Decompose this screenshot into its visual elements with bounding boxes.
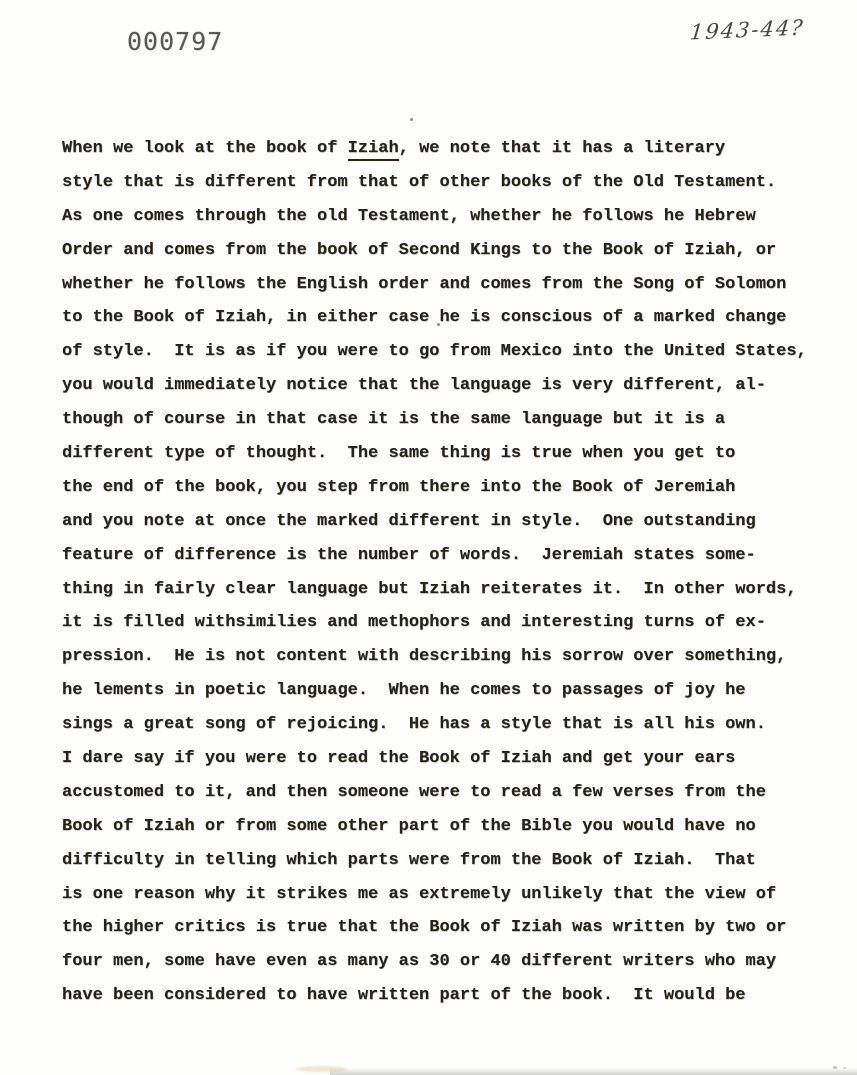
text-line: Order and comes from the book of Second … xyxy=(62,234,842,268)
text-line: Book of Iziah or from some other part of… xyxy=(62,810,842,844)
text-line: feature of difference is the number of w… xyxy=(62,539,842,573)
text-line: style that is different from that of oth… xyxy=(62,166,842,200)
text-segment: , we note that it has a literary xyxy=(399,139,725,158)
scan-speck xyxy=(410,118,413,121)
text-line: As one comes through the old Testament, … xyxy=(62,200,842,234)
text-line: the end of the book, you step from there… xyxy=(62,471,842,505)
scan-speck xyxy=(437,323,440,326)
typewritten-body-text: When we look at the book of Iziah, we no… xyxy=(62,132,842,1013)
text-line: to the Book of Iziah, in either case he … xyxy=(62,301,842,335)
text-line: of style. It is as if you were to go fro… xyxy=(62,335,842,369)
text-line: the higher critics is true that the Book… xyxy=(62,911,842,945)
text-line: difficulty in telling which parts were f… xyxy=(62,844,842,878)
text-line: though of course in that case it is the … xyxy=(62,403,842,437)
scan-edge-shadow xyxy=(330,1068,857,1075)
underlined-word: Iziah xyxy=(348,139,399,161)
text-line: have been considered to have written par… xyxy=(62,979,842,1013)
text-line: sings a great song of rejoicing. He has … xyxy=(62,708,842,742)
text-line: pression. He is not content with describ… xyxy=(62,640,842,674)
text-line: I dare say if you were to read the Book … xyxy=(62,742,842,776)
text-line: different type of thought. The same thin… xyxy=(62,437,842,471)
text-line: thing in fairly clear language but Iziah… xyxy=(62,573,842,607)
text-line: you would immediately notice that the la… xyxy=(62,369,842,403)
scanned-document-page: 000797 1943-44? When we look at the book… xyxy=(0,0,857,1075)
text-line: it is filled withsimilies and methophors… xyxy=(62,606,842,640)
text-line: and you note at once the marked differen… xyxy=(62,505,842,539)
handwritten-date-annotation: 1943-44? xyxy=(689,15,806,44)
text-line: whether he follows the English order and… xyxy=(62,268,842,302)
text-line: he lements in poetic language. When he c… xyxy=(62,674,842,708)
text-segment: When we look at the book of xyxy=(62,139,348,158)
text-line: four men, some have even as many as 30 o… xyxy=(62,945,842,979)
text-line: When we look at the book of Iziah, we no… xyxy=(62,132,842,166)
text-line: is one reason why it strikes me as extre… xyxy=(62,878,842,912)
page-number-stamp: 000797 xyxy=(127,27,223,56)
text-line: accustomed to it, and then someone were … xyxy=(62,776,842,810)
